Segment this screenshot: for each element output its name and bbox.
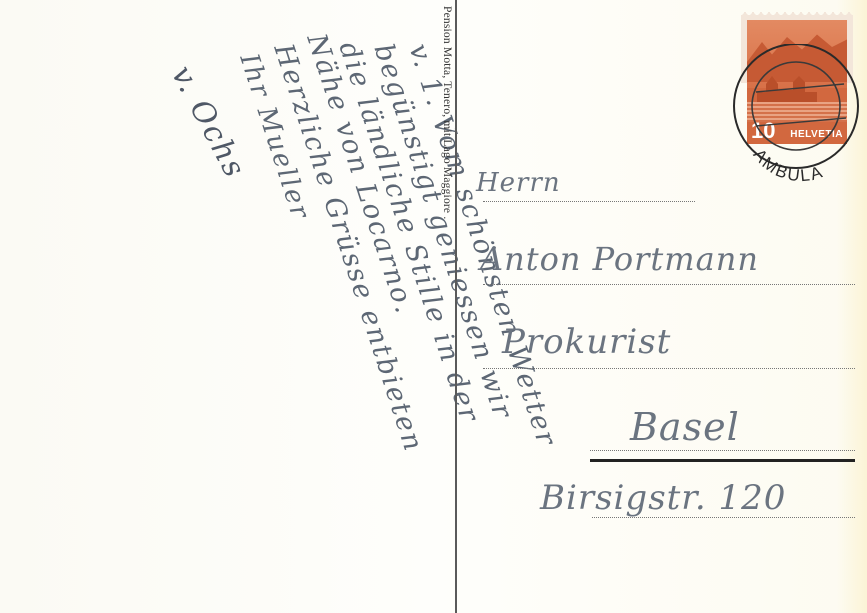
postcard-back: v. 1. Vom schönsten Wetter begünstigt ge… bbox=[0, 0, 867, 613]
svg-text:AMBULA: AMBULA bbox=[749, 145, 826, 184]
address-street: Birsigstr. 120 bbox=[540, 478, 786, 518]
postmark-icon: AMBULA bbox=[726, 44, 866, 184]
address-rule bbox=[483, 368, 855, 369]
address-rule bbox=[590, 450, 855, 451]
city-underline bbox=[590, 459, 855, 462]
address-rule bbox=[483, 284, 855, 285]
postmark-bottom-text: AMBULA bbox=[749, 145, 826, 184]
address-title: Prokurist bbox=[502, 322, 671, 362]
address-salutation: Herrn bbox=[476, 168, 561, 198]
address-name: Anton Portmann bbox=[480, 240, 759, 278]
printed-caption: Pension Motta, Tenero, mit Lago Maggiore… bbox=[441, 6, 453, 219]
address-city: Basel bbox=[630, 405, 740, 449]
address-rule bbox=[483, 201, 695, 202]
center-divider bbox=[455, 0, 457, 613]
address-rule bbox=[592, 517, 855, 518]
